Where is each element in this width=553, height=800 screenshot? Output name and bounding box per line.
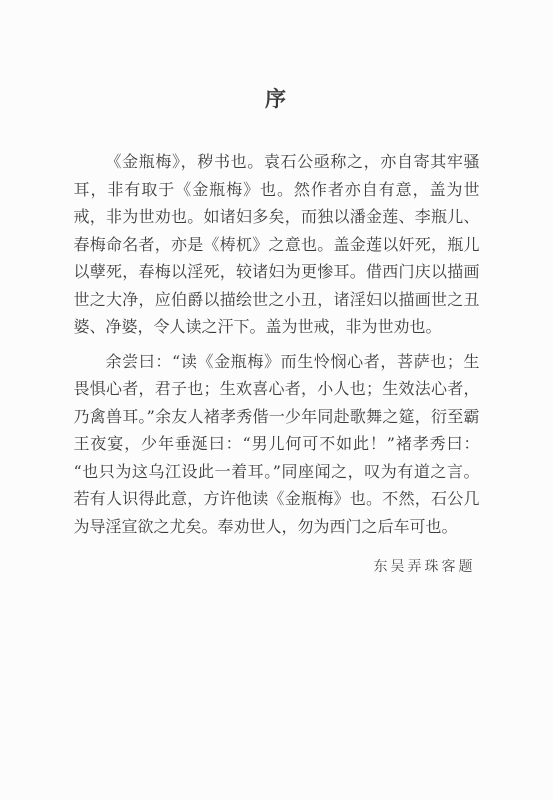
book-page: 序 《金瓶梅》，秽书也。袁石公亟称之，亦自寄其牢骚耳，非有取于《金瓶梅》也。然作… (0, 0, 553, 800)
page-title: 序 (0, 0, 553, 112)
paragraph-2: 余尝曰：“读《金瓶梅》而生怜悯心者，菩萨也；生畏惧心者，君子也；生欢喜心者，小人… (74, 348, 480, 541)
paragraph-1: 《金瓶梅》，秽书也。袁石公亟称之，亦自寄其牢骚耳，非有取于《金瓶梅》也。然作者亦… (74, 148, 480, 341)
author-signature: 东吴弄珠客题 (74, 556, 480, 576)
preface-text: 《金瓶梅》，秽书也。袁石公亟称之，亦自寄其牢骚耳，非有取于《金瓶梅》也。然作者亦… (74, 148, 480, 540)
